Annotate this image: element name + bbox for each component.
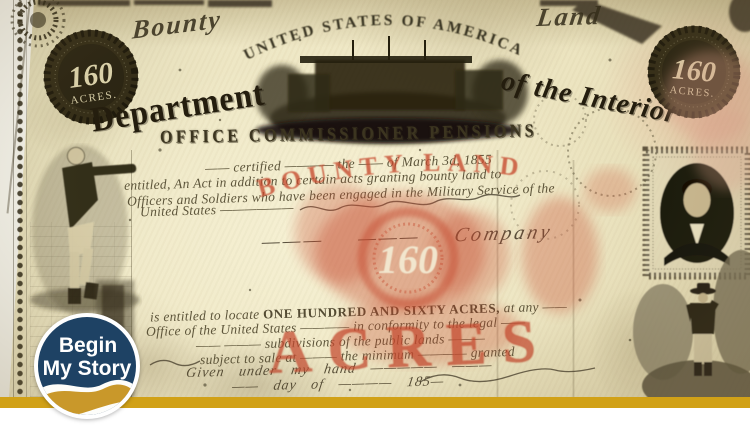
blog-featured-image: UNITED STATES OF AMERICA xyxy=(0,0,750,425)
logo-text-line1: Begin xyxy=(59,334,117,357)
logo-text-line2: My Story xyxy=(43,357,132,380)
begin-my-story-logo: Begin My Story xyxy=(31,310,143,422)
pink-hand-stamps xyxy=(664,50,750,190)
red-acres-word: ACRES xyxy=(267,307,553,385)
red-overprint-stamp: BOUNTY LAND 160 ACRES xyxy=(254,148,636,386)
red-seal-value: 160 xyxy=(378,237,438,282)
